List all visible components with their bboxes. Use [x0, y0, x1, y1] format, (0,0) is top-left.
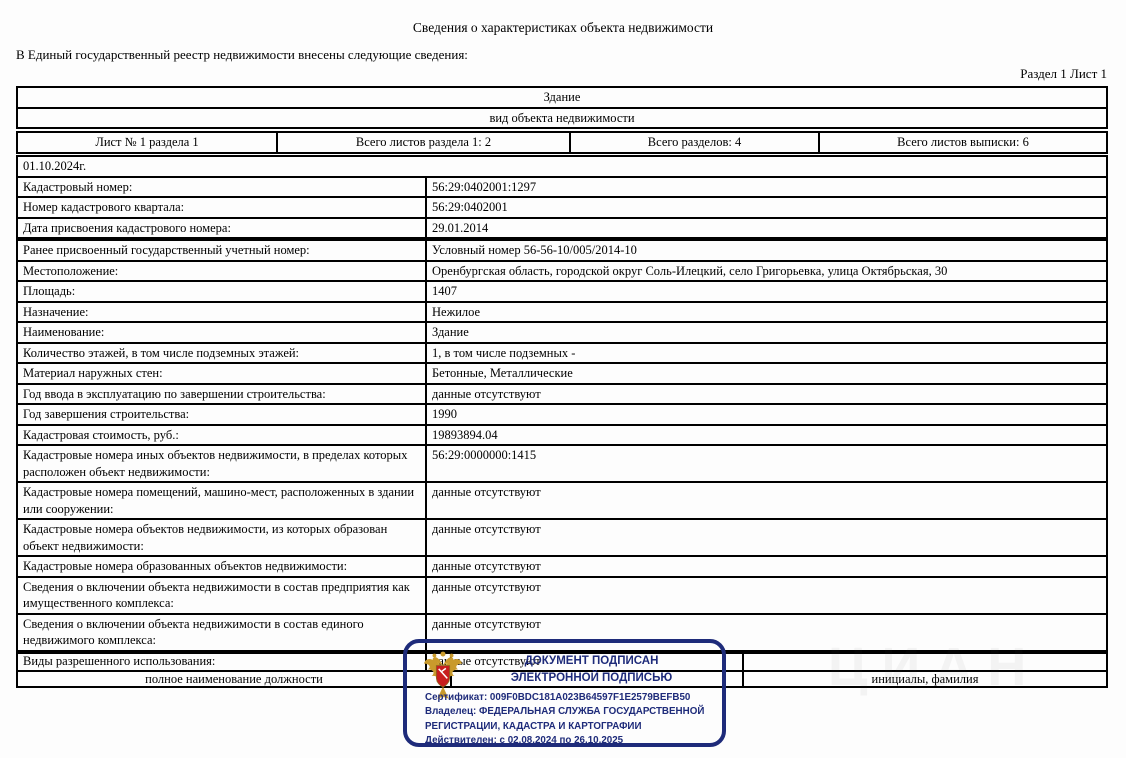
table-row: Площадь:1407 [18, 280, 1106, 301]
row-label: Год ввода в эксплуатацию по завершении с… [18, 385, 427, 404]
table-row: Здание [18, 88, 1106, 107]
object-type-box: Здание вид объекта недвижимости [16, 86, 1108, 129]
row-value: 56:29:0402001 [427, 198, 1106, 217]
table-row: Ранее присвоенный государственный учетны… [18, 241, 1106, 260]
row-value: 19893894.04 [427, 426, 1106, 445]
page-title: Сведения о характеристиках объекта недви… [0, 20, 1126, 36]
sheet-info-cell: Лист № 1 раздела 1 [18, 133, 278, 152]
row-value: 29.01.2014 [427, 219, 1106, 238]
table-row: Наименование:Здание [18, 321, 1106, 342]
row-label: Сведения о включении объекта недвижимост… [18, 615, 427, 650]
row-value: Бетонные, Металлические [427, 364, 1106, 383]
position-caption: полное наименование должности [18, 672, 452, 686]
table-row: Лист № 1 раздела 1Всего листов раздела 1… [18, 133, 1106, 152]
sheet-info-cell: Всего разделов: 4 [571, 133, 820, 152]
record-date: 01.10.2024г. [18, 157, 1106, 176]
table-row: Кадастровая стоимость, руб.:19893894.04 [18, 424, 1106, 445]
table-row: 01.10.2024г. [18, 157, 1106, 176]
row-value: 1407 [427, 282, 1106, 301]
row-value: данные отсутствуют [427, 557, 1106, 576]
row-label: Кадастровые номера объектов недвижимости… [18, 520, 427, 555]
section-sheet-label: Раздел 1 Лист 1 [1020, 66, 1107, 82]
row-label: Кадастровая стоимость, руб.: [18, 426, 427, 445]
row-label: Дата присвоения кадастрового номера: [18, 219, 427, 238]
signature-cell-empty [18, 654, 452, 670]
table-row: Год завершения строительства:1990 [18, 403, 1106, 424]
sheet-info-table: Лист № 1 раздела 1Всего листов раздела 1… [16, 131, 1108, 154]
stamp-validity: Действителен: с 02.08.2024 по 26.10.2025 [425, 734, 716, 748]
row-value: данные отсутствуют [427, 520, 1106, 555]
table-row: Кадастровый номер:56:29:0402001:1297 [18, 176, 1106, 197]
row-label: Площадь: [18, 282, 427, 301]
row-value: Условный номер 56-56-10/005/2014-10 [427, 241, 1106, 260]
table-row: Материал наружных стен:Бетонные, Металли… [18, 362, 1106, 383]
row-label: Количество этажей, в том числе подземных… [18, 344, 427, 363]
object-details-table: Ранее присвоенный государственный учетны… [16, 239, 1108, 672]
table-row: Номер кадастрового квартала:56:29:040200… [18, 196, 1106, 217]
row-label: Назначение: [18, 303, 427, 322]
sheet-info-cell: Всего листов выписки: 6 [820, 133, 1106, 152]
stamp-title-line2: ЭЛЕКТРОННОЙ ПОДПИСЬЮ [467, 672, 716, 684]
table-row: вид объекта недвижимости [18, 107, 1106, 128]
stamp-certificate: Сертификат: 009F0BDC181A023B64597F1E2579… [425, 691, 716, 705]
table-row: Кадастровые номера объектов недвижимости… [18, 518, 1106, 555]
table-row: Дата присвоения кадастрового номера:29.0… [18, 217, 1106, 238]
row-label: Местоположение: [18, 262, 427, 281]
stamp-owner-line2: РЕГИСТРАЦИИ, КАДАСТРА И КАРТОГРАФИИ [425, 720, 716, 734]
row-value: Оренбургская область, городской округ Со… [427, 262, 1106, 281]
row-value: Здание [427, 323, 1106, 342]
intro-line: В Единый государственный реестр недвижим… [16, 47, 468, 63]
object-type-value: Здание [18, 88, 1106, 107]
egrn-extract-page: Сведения о характеристиках объекта недви… [0, 0, 1126, 758]
row-value: 56:29:0402001:1297 [427, 178, 1106, 197]
table-row: Местоположение:Оренбургская область, гор… [18, 260, 1106, 281]
row-value: 56:29:0000000:1415 [427, 446, 1106, 481]
table-row: Кадастровые номера иных объектов недвижи… [18, 444, 1106, 481]
row-value: данные отсутствуют [427, 385, 1106, 404]
stamp-owner-line1: Владелец: ФЕДЕРАЛЬНАЯ СЛУЖБА ГОСУДАРСТВЕ… [425, 705, 716, 719]
row-label: Кадастровые номера иных объектов недвижи… [18, 446, 427, 481]
row-value: Нежилое [427, 303, 1106, 322]
row-value: 1, в том числе подземных - [427, 344, 1106, 363]
row-value: данные отсутствуют [427, 578, 1106, 613]
row-label: Год завершения строительства: [18, 405, 427, 424]
sheet-info-cell: Всего листов раздела 1: 2 [278, 133, 571, 152]
row-label: Материал наружных стен: [18, 364, 427, 383]
stamp-details: Сертификат: 009F0BDC181A023B64597F1E2579… [425, 691, 716, 749]
stamp-title-line1: ДОКУМЕНТ ПОДПИСАН [467, 655, 716, 667]
row-label: Кадастровые номера помещений, машино-мес… [18, 483, 427, 518]
table-row: Количество этажей, в том числе подземных… [18, 342, 1106, 363]
digital-signature-stamp: ДОКУМЕНТ ПОДПИСАН ЭЛЕКТРОННОЙ ПОДПИСЬЮ С… [403, 639, 726, 747]
row-label: Кадастровый номер: [18, 178, 427, 197]
table-row: Кадастровые номера образованных объектов… [18, 555, 1106, 576]
row-label: Наименование: [18, 323, 427, 342]
object-type-caption: вид объекта недвижимости [18, 109, 1106, 128]
table-row: Сведения о включении объекта недвижимост… [18, 576, 1106, 613]
row-label: Ранее присвоенный государственный учетны… [18, 241, 427, 260]
row-label: Сведения о включении объекта недвижимост… [18, 578, 427, 613]
row-value: 1990 [427, 405, 1106, 424]
row-label: Кадастровые номера образованных объектов… [18, 557, 427, 576]
date-and-cadastral-table: 01.10.2024г. Кадастровый номер:56:29:040… [16, 155, 1108, 239]
table-row: Год ввода в эксплуатацию по завершении с… [18, 383, 1106, 404]
row-label: Номер кадастрового квартала: [18, 198, 427, 217]
table-row: Назначение:Нежилое [18, 301, 1106, 322]
table-row: Кадастровые номера помещений, машино-мес… [18, 481, 1106, 518]
site-watermark: ЦИАН [828, 636, 1040, 698]
row-value: данные отсутствуют [427, 483, 1106, 518]
